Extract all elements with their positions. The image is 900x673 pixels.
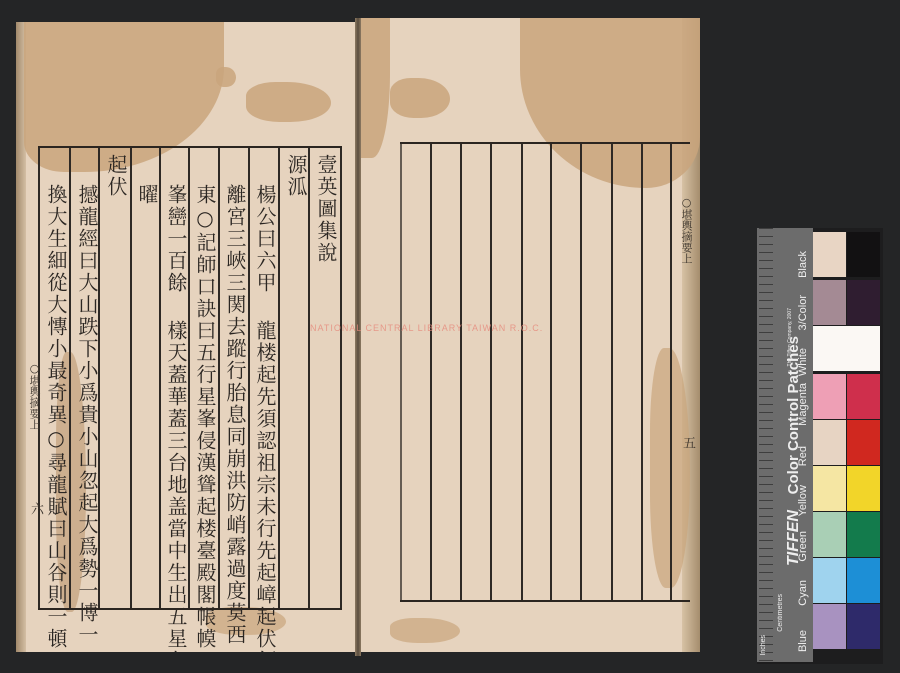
frame-border	[340, 148, 342, 608]
section-heading: 起伏	[102, 154, 130, 198]
patch-black-light	[813, 232, 846, 277]
left-page: 壹英圖集說 源泒 楊公曰六甲 龍楼起先須認祖宗未行先起嶂起伏便 離宮三峽三関去蹤…	[16, 22, 356, 652]
text-column: 楊公曰六甲 龍楼起先須認祖宗未行先起嶂起伏便	[251, 184, 279, 652]
patch-label-red: Red	[797, 446, 809, 466]
page-number: 五	[678, 436, 697, 449]
patch-white	[813, 326, 880, 371]
patch-3color-dark	[847, 280, 880, 325]
water-stain	[390, 618, 460, 643]
patch-yellow-light	[813, 466, 846, 511]
column-rule	[670, 144, 672, 600]
text-column: 換大生細從大慱小最奇異○尋龍賦曰山谷則一頓	[42, 184, 70, 650]
library-watermark: NATIONAL CENTRAL LIBRARY TAIWAN R.O.C.	[310, 323, 543, 333]
column-rule	[490, 144, 492, 600]
patch-green-dark	[847, 512, 880, 557]
patch-yellow-dark	[847, 466, 880, 511]
column-rule	[460, 144, 462, 600]
patch-label-3color: 3/Color	[797, 295, 809, 330]
book-spine	[355, 18, 361, 656]
column-rule	[308, 148, 310, 608]
column-rule	[400, 144, 402, 600]
text-column: 撼龍經曰大山跌下小爲貴小山忽起大爲勢一博一	[73, 184, 101, 646]
column-rule	[611, 144, 613, 600]
patch-label-yellow: Yellow	[797, 485, 809, 516]
patch-red-dark	[847, 420, 880, 465]
ruler-unit-inches: Inches	[760, 635, 767, 656]
text-column: 東○記師口訣曰五行星峯侵漢聳起楼臺殿閣帳幙	[191, 184, 219, 650]
open-book: 壹英圖集說 源泒 楊公曰六甲 龍楼起先須認祖宗未行先起嶂起伏便 離宮三峽三関去蹤…	[16, 18, 700, 656]
ruler: Inches Centimetres TIFFEN Color Control …	[757, 228, 813, 662]
patch-blue-dark	[847, 604, 880, 649]
fold-margin-title: ○堪輿摘要上	[26, 362, 42, 430]
water-stain	[246, 82, 331, 122]
patch-label-white: White	[797, 348, 809, 376]
patch-cyan-light	[813, 558, 846, 603]
right-page: ○堪輿摘要上 五	[360, 18, 700, 652]
patch-blue-light	[813, 604, 846, 649]
column-rule	[521, 144, 523, 600]
text-column: 峯巒一百餘 樣天蓋華蓋三台地盖當中生出五星九	[162, 184, 190, 652]
ruler-unit-cm: Centimetres	[777, 594, 784, 632]
column-rule	[580, 144, 582, 600]
patch-red-light	[813, 420, 846, 465]
patch-3color-light	[813, 280, 846, 325]
copyright-text: © The Tiffen Company, 2007	[787, 308, 793, 374]
patch-black-dark	[847, 232, 880, 277]
patch-label-black: Black	[797, 251, 809, 278]
patch-magenta-dark	[847, 374, 880, 419]
column-rule	[430, 144, 432, 600]
column-rule	[130, 148, 132, 608]
patch-cyan-dark	[847, 558, 880, 603]
patch-label-green: Green	[797, 531, 809, 562]
patch-label-cyan: Cyan	[797, 580, 809, 606]
book-title: 壹英圖集說	[312, 154, 340, 264]
fold-margin-title: ○堪輿摘要上	[678, 196, 694, 264]
column-rule	[641, 144, 643, 600]
text-column: 曜	[133, 184, 161, 206]
water-stain	[216, 67, 236, 87]
patch-green-light	[813, 512, 846, 557]
water-stain	[390, 78, 450, 118]
text-column: 離宮三峽三関去蹤行胎息同崩洪防峭露過度莫西	[221, 184, 249, 646]
patch-magenta-light	[813, 374, 846, 419]
patch-label-magenta: Magenta	[797, 383, 809, 426]
water-stain	[360, 18, 390, 158]
column-rule	[550, 144, 552, 600]
section-heading: 源泒	[282, 154, 310, 198]
column-rule	[159, 148, 161, 608]
page-number: 六	[26, 502, 45, 515]
printed-frame: 壹英圖集說 源泒 楊公曰六甲 龍楼起先須認祖宗未行先起嶂起伏便 離宮三峽三関去蹤…	[38, 146, 342, 610]
patch-label-blue: Blue	[797, 630, 809, 652]
ruler-ticks	[759, 228, 773, 662]
printed-frame	[400, 142, 690, 602]
color-calibration-target: Inches Centimetres TIFFEN Color Control …	[757, 228, 883, 664]
